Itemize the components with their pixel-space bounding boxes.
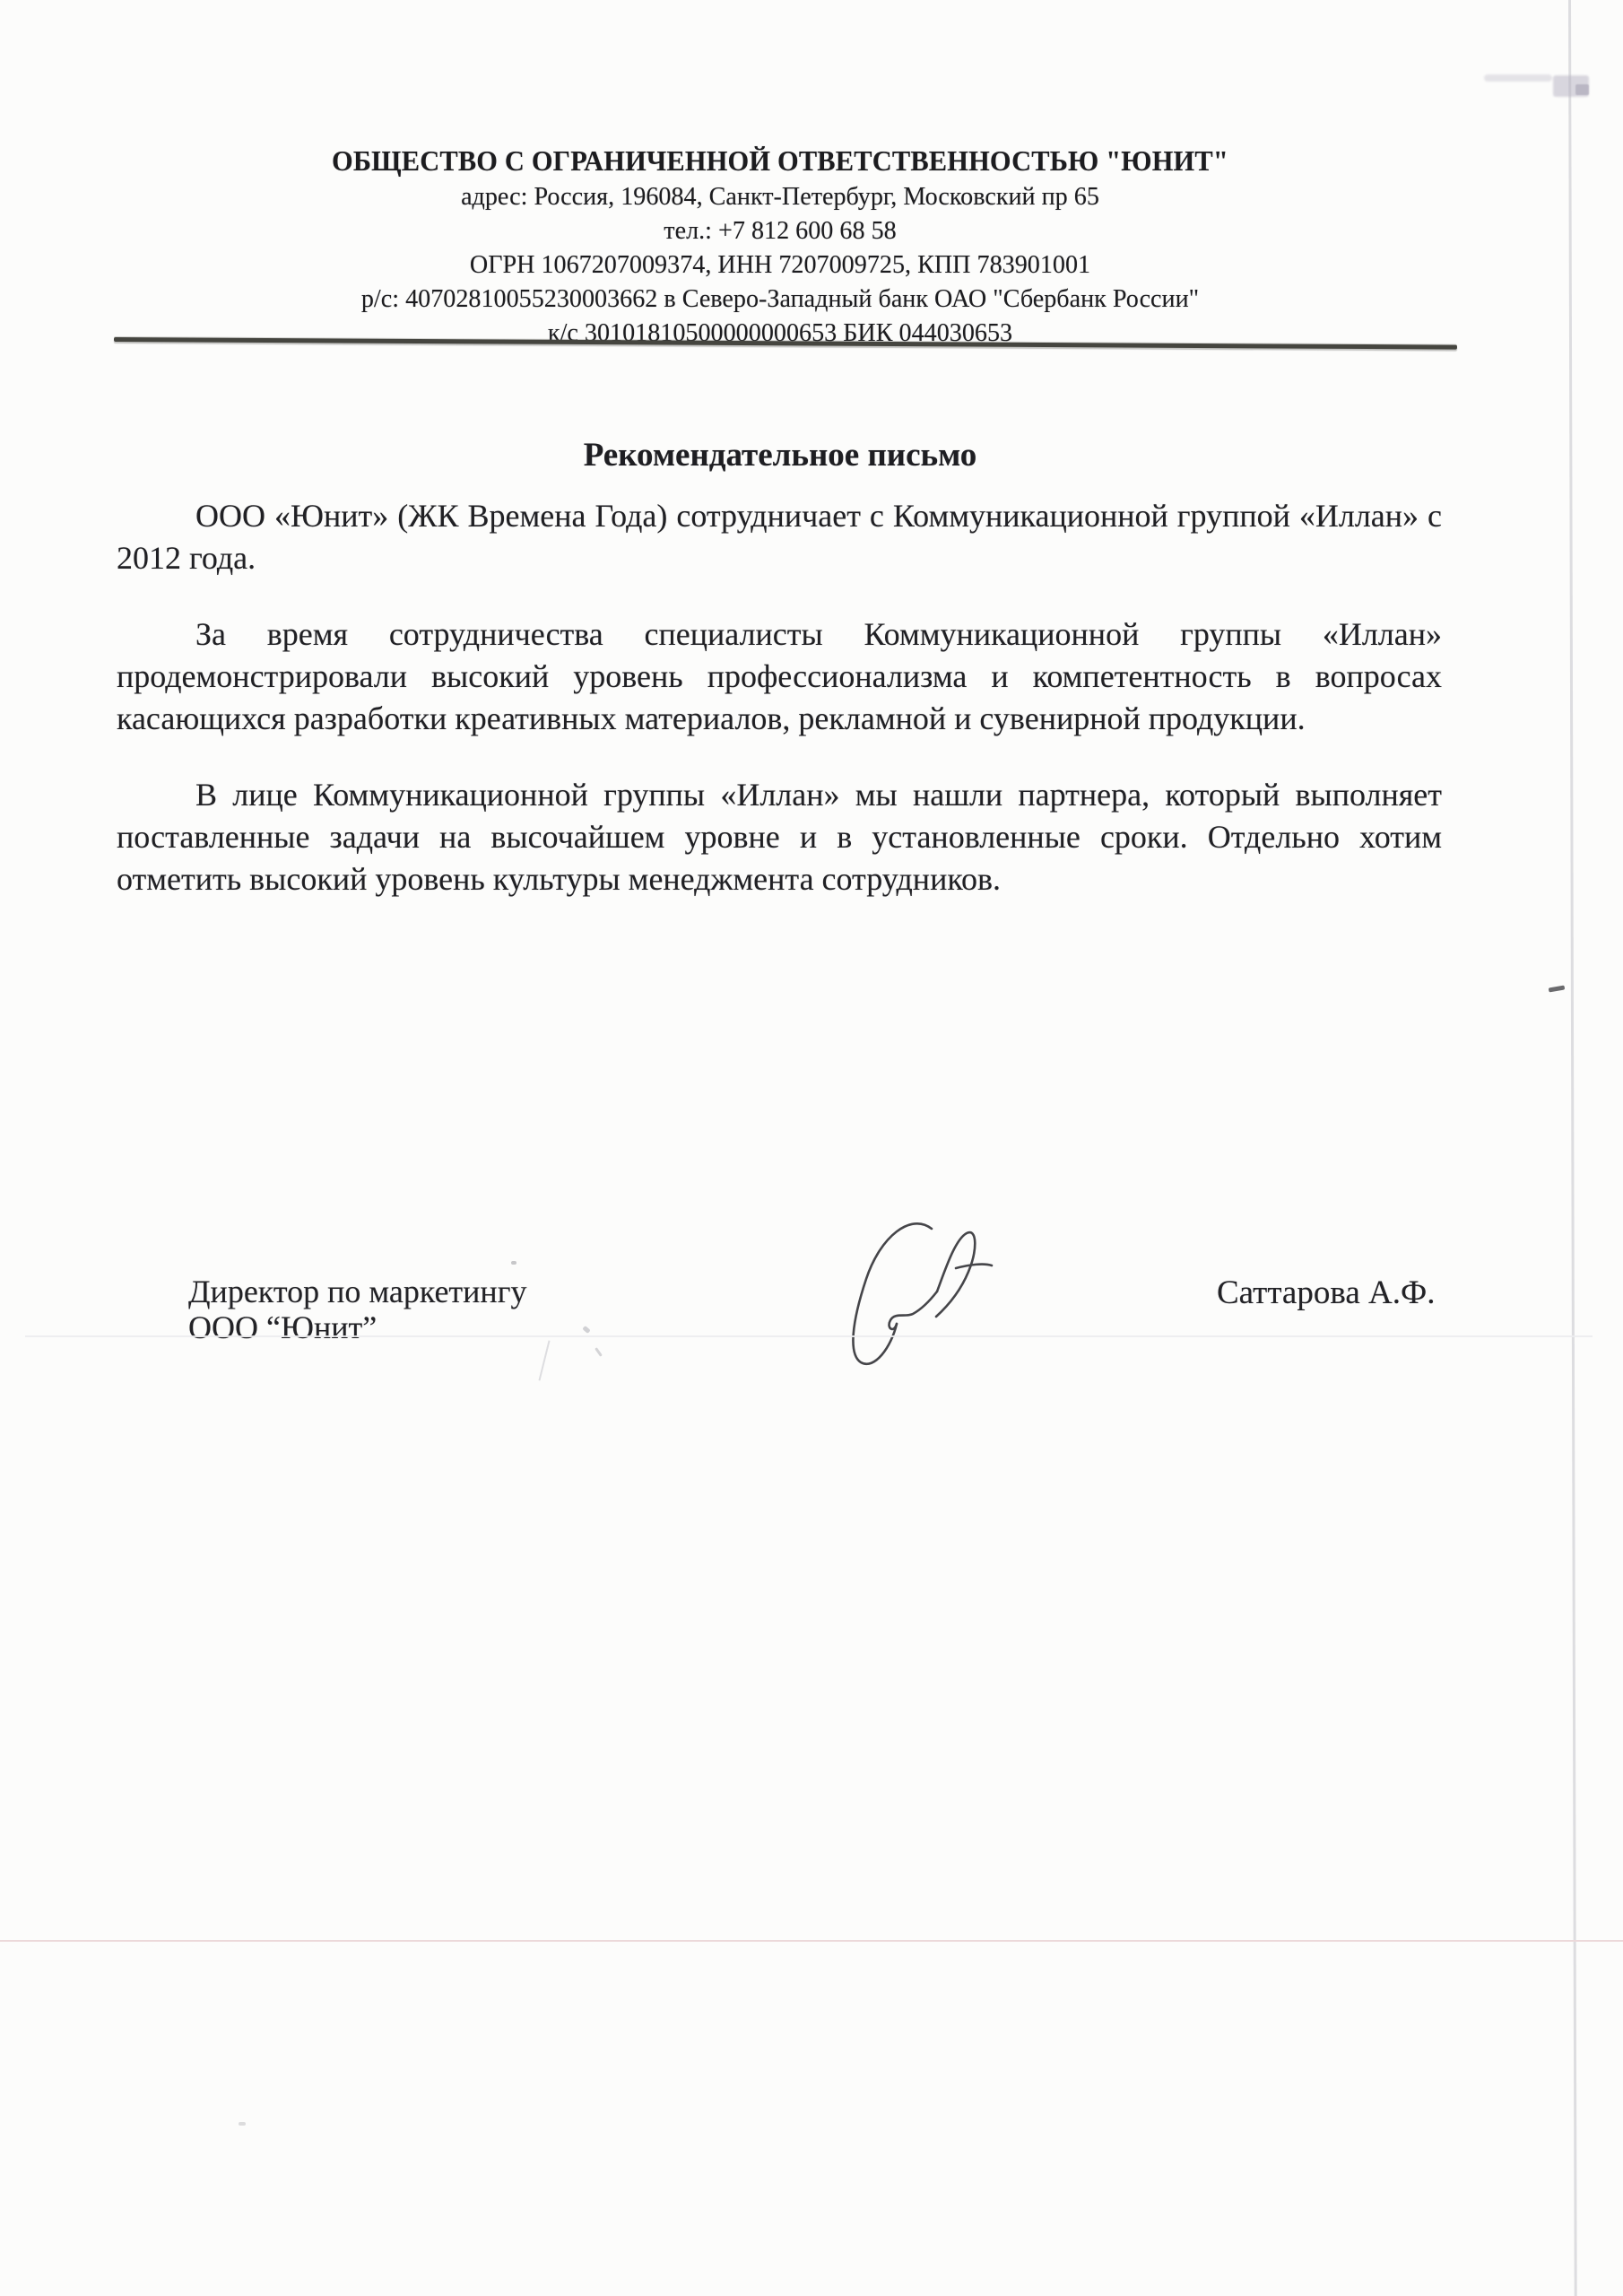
vertical-scanline-artifact	[1568, 0, 1577, 2296]
letterhead: ОБЩЕСТВО С ОГРАНИЧЕННОЙ ОТВЕТСТВЕННОСТЬЮ…	[117, 142, 1444, 350]
bottom-scanline-artifact	[0, 1940, 1623, 1942]
scan-speck-artifact	[239, 2122, 246, 2126]
letter-body: ООО «Юнит» (ЖК Времена Года) сотрудничае…	[117, 495, 1442, 935]
company-address: адрес: Россия, 196084, Санкт-Петербург, …	[136, 179, 1424, 213]
company-bank-account: р/с: 40702810055230003662 в Северо-Запад…	[136, 282, 1424, 316]
scanned-letter-page: ОБЩЕСТВО С ОГРАНИЧЕННОЙ ОТВЕТСТВЕННОСТЬЮ…	[0, 0, 1623, 2296]
company-name: ОБЩЕСТВО С ОГРАНИЧЕННОЙ ОТВЕТСТВЕННОСТЬЮ…	[150, 142, 1410, 179]
top-right-smudge-artifact	[1484, 74, 1552, 82]
company-registration: ОГРН 1067207009374, ИНН 7207009725, КПП …	[136, 248, 1424, 282]
signer-name: Саттарова А.Ф.	[1217, 1274, 1435, 1312]
scan-streak-artifact	[538, 1340, 550, 1380]
signer-position-line2: ООО “Юнит”	[188, 1309, 526, 1345]
scan-speck-artifact	[595, 1347, 603, 1357]
signer-position: Директор по маркетингу ООО “Юнит”	[188, 1274, 526, 1345]
scan-speck-artifact	[582, 1326, 590, 1334]
letter-paragraph: За время сотрудничества специалисты Комм…	[117, 613, 1442, 740]
top-right-smudge-artifact	[1553, 75, 1589, 97]
letter-title: Рекомендательное письмо	[117, 436, 1444, 474]
signer-position-line1: Директор по маркетингу	[188, 1274, 526, 1309]
letter-paragraph: ООО «Юнит» (ЖК Времена Года) сотрудничае…	[117, 495, 1442, 579]
top-right-smudge-artifact	[1575, 84, 1589, 95]
scan-speck-artifact	[511, 1261, 516, 1265]
right-margin-dash-artifact	[1549, 985, 1566, 992]
letter-paragraph: В лице Коммуникационной группы «Иллан» м…	[117, 774, 1442, 900]
company-phone: тел.: +7 812 600 68 58	[136, 213, 1424, 248]
handwritten-signature-icon	[805, 1200, 1038, 1397]
